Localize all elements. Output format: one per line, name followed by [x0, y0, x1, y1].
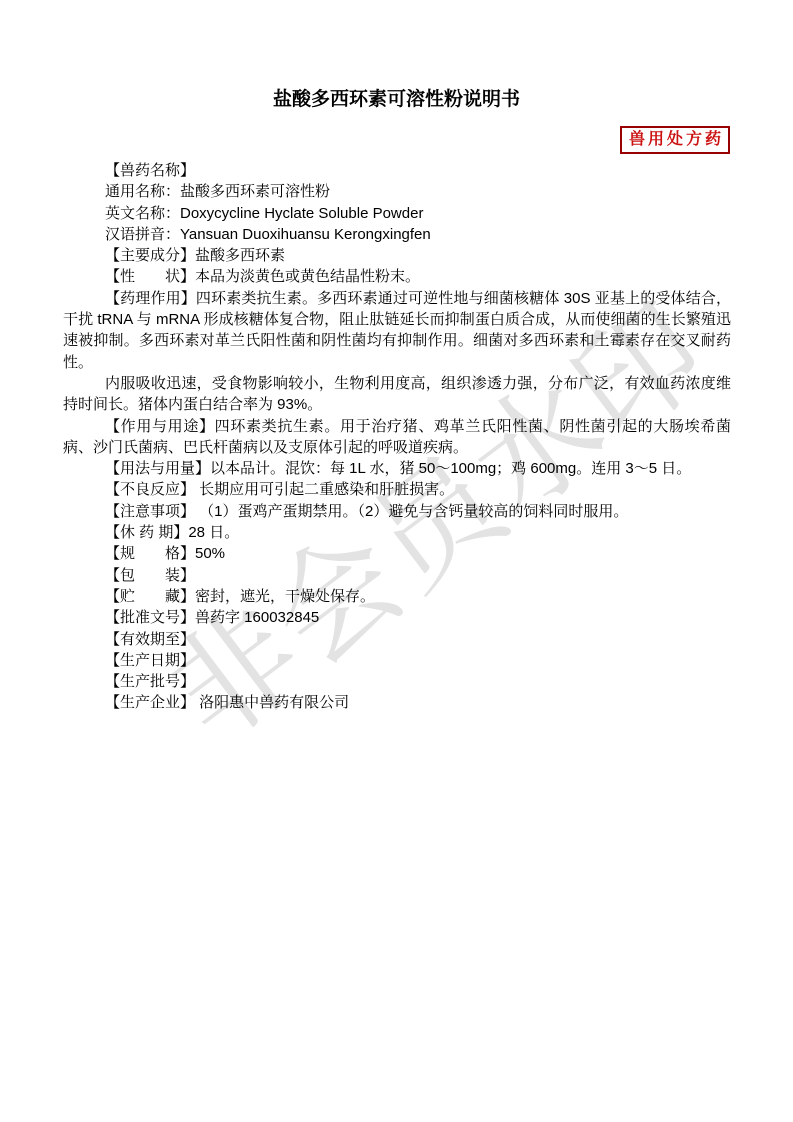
- paragraph: 【药理作用】四环素类抗生素。多西环素通过可逆性地与细菌核糖体 30S 亚基上的受…: [63, 288, 731, 373]
- paragraph: 【包 装】: [63, 565, 731, 586]
- page-title: 盐酸多西环素可溶性粉说明书: [0, 84, 793, 111]
- paragraph: 【贮 藏】密封，遮光，干燥处保存。: [63, 586, 731, 607]
- paragraph: 【规 格】50%: [63, 543, 731, 564]
- paragraph: 【主要成分】盐酸多西环素: [63, 245, 731, 266]
- paragraph: 【批准文号】兽药字 160032845: [63, 607, 731, 628]
- paragraph: 【生产批号】: [63, 671, 731, 692]
- paragraph: 英文名称：Doxycycline Hyclate Soluble Powder: [63, 203, 731, 224]
- paragraph: 【休 药 期】28 日。: [63, 522, 731, 543]
- paragraph: 【有效期至】: [63, 629, 731, 650]
- paragraph: 【生产日期】: [63, 650, 731, 671]
- paragraph: 【性 状】本品为淡黄色或黄色结晶性粉末。: [63, 266, 731, 287]
- paragraph: 【兽药名称】: [63, 160, 731, 181]
- veterinary-prescription-badge: 兽用处方药: [620, 126, 730, 154]
- paragraph: 内服吸收迅速，受食物影响较小，生物利用度高，组织渗透力强，分布广泛，有效血药浓度…: [63, 373, 731, 416]
- paragraph: 汉语拼音：Yansuan Duoxihuansu Kerongxingfen: [63, 224, 731, 245]
- paragraph: 【生产企业】 洛阳惠中兽药有限公司: [63, 692, 731, 713]
- document-page: 非会员水印 盐酸多西环素可溶性粉说明书 兽用处方药 【兽药名称】通用名称：盐酸多…: [0, 0, 793, 1122]
- paragraph: 通用名称：盐酸多西环素可溶性粉: [63, 181, 731, 202]
- paragraph: 【作用与用途】四环素类抗生素。用于治疗猪、鸡革兰氏阳性菌、阴性菌引起的大肠埃希菌…: [63, 416, 731, 459]
- document-body: 【兽药名称】通用名称：盐酸多西环素可溶性粉英文名称：Doxycycline Hy…: [63, 160, 731, 714]
- badge-row: 兽用处方药: [620, 126, 730, 154]
- paragraph: 【用法与用量】以本品计。混饮：每 1L 水，猪 50～100mg；鸡 600mg…: [63, 458, 731, 479]
- paragraph: 【不良反应】 长期应用可引起二重感染和肝脏损害。: [63, 479, 731, 500]
- paragraph: 【注意事项】 （1）蛋鸡产蛋期禁用。（2）避免与含钙量较高的饲料同时服用。: [63, 501, 731, 522]
